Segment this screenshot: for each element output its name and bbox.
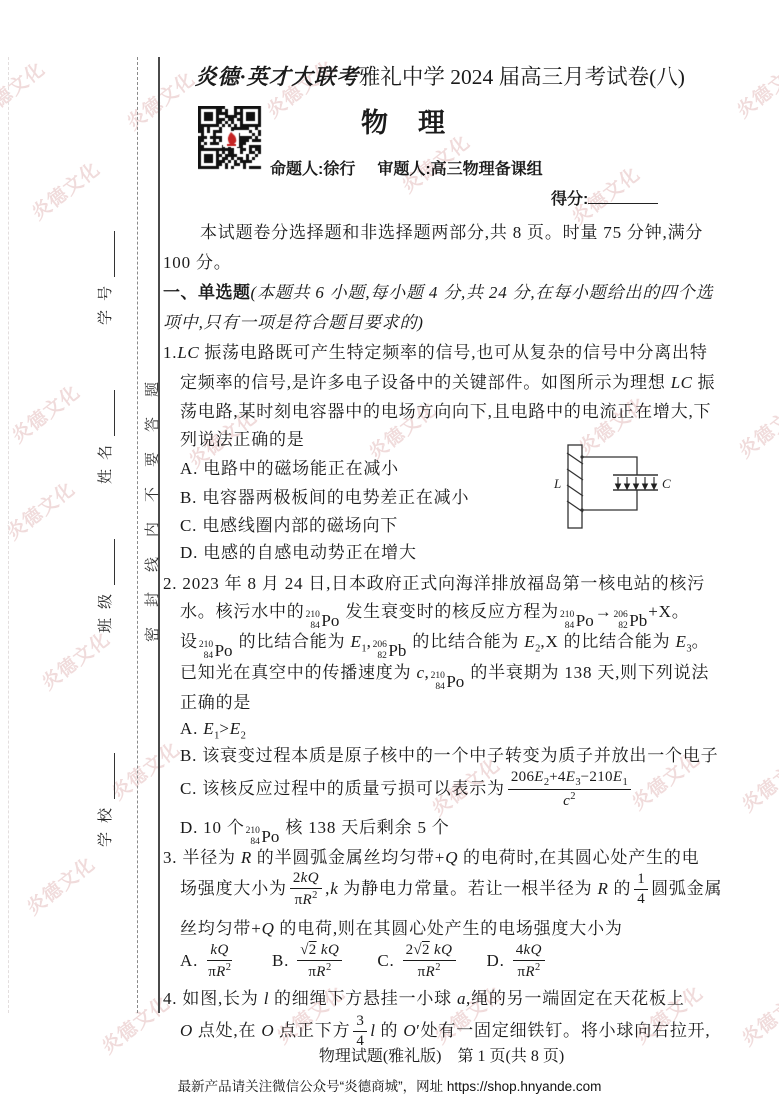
body-line: 本试题卷分选择题和非选择题两部分,共 8 页。时量 75 分钟,满分 bbox=[200, 221, 703, 245]
body-line: C. 该核反应过程中的质量亏损可以表示为206E2+4E3−210E1c2 bbox=[180, 766, 634, 812]
footer-page-label: 第 1 页(共 8 页) bbox=[458, 1048, 565, 1065]
inductor-label: L bbox=[553, 476, 561, 491]
nuclide-notation: 21084Po bbox=[431, 670, 465, 694]
watermark-text: 炎德文化 bbox=[20, 850, 100, 921]
fraction: kQπR2 bbox=[206, 941, 233, 982]
body-line: 定频率的信号,是许多电子设备中的关键部件。如图所示为理想 LC 振 bbox=[180, 371, 715, 395]
watermark-text: 炎德文化 bbox=[730, 53, 779, 124]
people-row: 命题人:徐行审题人:高三物理备课组 bbox=[270, 156, 543, 179]
page-footer: 物理试题(雅礼版) 第 1 页(共 8 页) bbox=[163, 1043, 720, 1066]
junction-dot-top bbox=[580, 455, 583, 458]
body-line: 正确的是 bbox=[180, 691, 251, 715]
margin-field-blank bbox=[101, 539, 115, 585]
watermark-text: 炎德文化 bbox=[735, 747, 779, 818]
fraction: 206E2+4E3−210E1c2 bbox=[508, 768, 631, 811]
fraction: 2kQπR2 bbox=[290, 869, 322, 910]
subject-title-wrap: 物理 bbox=[163, 101, 643, 140]
margin-field-label: 姓名 bbox=[94, 436, 115, 484]
margin-field-label: 班级 bbox=[94, 585, 115, 633]
lc-circuit-figure: L C bbox=[548, 437, 676, 533]
body-line: A. kQπR2B. √2 kQπR2C. 2√2 kQπR2D. 4kQπR2 bbox=[180, 938, 548, 984]
margin-student-fields: 学校班级姓名学号 bbox=[95, 57, 115, 945]
margin-field-blank bbox=[101, 390, 115, 436]
field-arrows bbox=[616, 477, 657, 489]
watermark-text: 炎德文化 bbox=[735, 981, 779, 1052]
watermark-text: 炎德文化 bbox=[25, 155, 105, 226]
fraction: √2 kQπR2 bbox=[297, 941, 342, 982]
body-line: D. 电感的自感电动势正在增大 bbox=[180, 541, 417, 565]
score-blank-line bbox=[588, 189, 658, 204]
body-line: B. 该衰变过程本质是原子核中的一个中子转变为质子并放出一个电子 bbox=[180, 744, 718, 768]
margin-field-blank bbox=[101, 753, 115, 799]
watermark-text: 炎德文化 bbox=[105, 735, 185, 806]
watermark-text: 炎德文化 bbox=[5, 378, 85, 449]
score-label: 得分: bbox=[551, 191, 588, 208]
body-line: D. 10 个21084Po 核 138 天后剩余 5 个 bbox=[180, 816, 450, 849]
body-line: 场强度大小为2kQπR2,k 为静电力常量。若让一根半径为 R 的14圆弧金属 bbox=[180, 866, 722, 912]
nuclide-notation: 20682Pb bbox=[373, 639, 407, 663]
body-line: 项中,只有一项是符合题目要求的) bbox=[163, 311, 424, 335]
nuclide-notation: 21084Po bbox=[199, 639, 233, 663]
junction-dot-bottom bbox=[580, 508, 583, 511]
margin-field-blank bbox=[101, 231, 115, 277]
reviewer-label: 审题人:高三物理备课组 bbox=[377, 161, 542, 178]
seal-dashed-line bbox=[137, 57, 138, 1013]
subject-title: 物理 bbox=[331, 108, 475, 138]
body-line: 一、单选题(本题共 6 小题,每小题 4 分,共 24 分,在每小题给出的四个选 bbox=[163, 281, 713, 305]
body-line: 荡电路,某时刻电容器中的电场方向向下,且电路中的电流正在增大,下 bbox=[180, 400, 711, 424]
fraction: 14 bbox=[634, 870, 648, 909]
page-edge-dashed-line bbox=[8, 57, 9, 1013]
body-line: B. 电容器两极板间的电势差正在减小 bbox=[180, 486, 469, 510]
footer-doc-label: 物理试题(雅礼版) bbox=[319, 1048, 442, 1065]
margin-field-label: 学校 bbox=[94, 799, 115, 847]
brand-name: 炎德·英才大联考 bbox=[195, 65, 359, 89]
body-line: A. 电路中的磁场能正在减小 bbox=[180, 457, 399, 481]
publisher-note: 最新产品请关注微信公众号“炎德商城”，网址 https://shop.hnyan… bbox=[0, 1075, 779, 1095]
body-line: 1.LC 振荡电路既可产生特定频率的信号,也可从复杂的信号中分离出特 bbox=[163, 341, 708, 365]
exam-page: 炎德文化炎德文化炎德文化炎德文化炎德文化炎德文化炎德文化炎德文化炎德文化炎德文化… bbox=[0, 0, 779, 1097]
watermark-text: 炎德文化 bbox=[0, 475, 80, 546]
setter-label: 命题人:徐行 bbox=[270, 161, 355, 178]
fraction: 4kQπR2 bbox=[513, 941, 545, 982]
body-line: C. 电感线圈内部的磁场向下 bbox=[180, 514, 398, 538]
body-line: 设21084Po 的比结合能为 E1,20682Pb 的比结合能为 E2,X 的… bbox=[180, 630, 709, 663]
exam-title: 炎德·英才大联考雅礼中学 2024 届高三月考试卷(八) bbox=[195, 60, 685, 91]
body-line: 列说法正确的是 bbox=[180, 428, 305, 452]
body-line: 已知光在真空中的传播速度为 c,21084Po 的半衰期为 138 天,则下列说… bbox=[180, 661, 709, 694]
score-row: 得分: bbox=[551, 186, 658, 209]
capacitor-label: C bbox=[662, 476, 671, 491]
watermark-text: 炎德文化 bbox=[732, 393, 779, 464]
body-line: 水。核污水中的21084Po 发生衰变时的核反应方程为21084Po→20682… bbox=[180, 600, 690, 633]
body-line: 2. 2023 年 8 月 24 日,日本政府正式向海洋排放福岛第一核电站的核污 bbox=[163, 572, 705, 596]
body-line: 100 分。 bbox=[163, 251, 232, 275]
margin-field-label: 学号 bbox=[94, 277, 115, 325]
seal-notice-text: 密封线内不要答题 bbox=[141, 350, 162, 660]
fraction: 2√2 kQπR2 bbox=[403, 941, 456, 982]
exam-title-rest: 雅礼中学 2024 届高三月考试卷(八) bbox=[359, 65, 685, 89]
